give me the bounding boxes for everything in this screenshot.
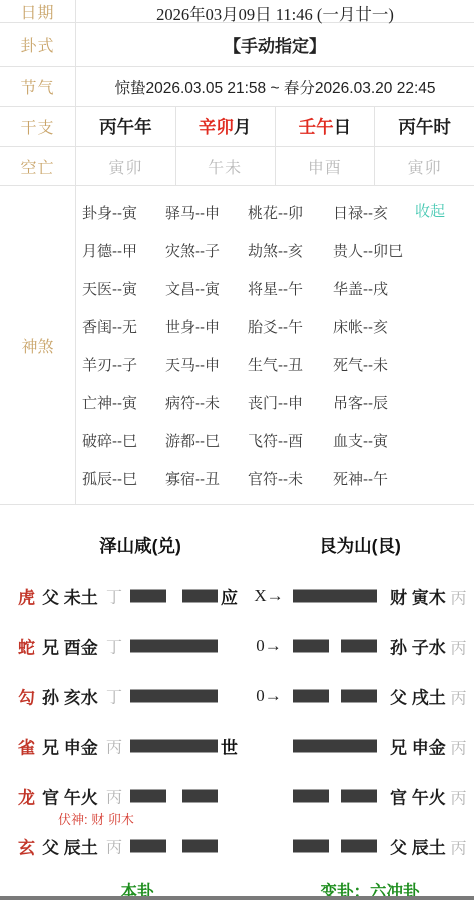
shensha-item: 胎爻--午 bbox=[248, 316, 333, 337]
ganzhi-pillar: 丙午 bbox=[99, 114, 134, 139]
left-relative-branch: 兄 申金 bbox=[42, 734, 98, 759]
shensha-item: 羊刃--子 bbox=[82, 354, 165, 375]
shensha-item: 天医--寅 bbox=[82, 278, 165, 299]
collapse-link[interactable]: 收起 bbox=[415, 200, 445, 221]
ganzhi-unit: 时 bbox=[433, 114, 451, 139]
shensha-item: 破碎--巳 bbox=[82, 430, 165, 451]
shensha-item: 桃花--卯 bbox=[248, 202, 333, 223]
right-relative-branch: 孙 子水 丙 bbox=[390, 634, 466, 659]
date-row: 日期 2026年03月09日 11:46 (一月廿一) bbox=[0, 0, 474, 23]
shensha-item: 寡宿--丑 bbox=[165, 468, 248, 489]
ganzhi-cell: 辛卯月 bbox=[176, 107, 276, 146]
ganzhi-unit: 日 bbox=[334, 114, 352, 139]
line-segment bbox=[341, 790, 377, 803]
right-relative-branch: 官 午火 丙 bbox=[390, 784, 466, 809]
shensha-row: 孤辰--巳寡宿--丑官符--未死神--午 bbox=[76, 459, 474, 497]
kongwang-cells: 寅卯午未申酉寅卯 bbox=[76, 147, 474, 185]
ganzhi-pillar: 壬午 bbox=[299, 114, 334, 139]
left-relative-branch: 兄 酉金 bbox=[42, 634, 98, 659]
right-hexagram-line-yin bbox=[293, 790, 377, 803]
left-stem-label: 丁 bbox=[106, 585, 122, 608]
shensha-item: 生气--丑 bbox=[248, 354, 333, 375]
shensha-item: 丧门--申 bbox=[248, 392, 333, 413]
ganzhi-unit: 年 bbox=[134, 114, 152, 139]
shensha-item: 飞符--酉 bbox=[248, 430, 333, 451]
left-stem-label: 丙 bbox=[106, 735, 122, 758]
six-beast-label: 雀 bbox=[18, 734, 35, 759]
right-stem-label: 丙 bbox=[450, 841, 466, 858]
kongwang-row: 空亡 寅卯午未申酉寅卯 bbox=[0, 147, 474, 186]
ganzhi-cell: 丙午时 bbox=[375, 107, 474, 146]
line-segment bbox=[293, 640, 329, 653]
left-relative-branch: 父 未土 bbox=[42, 584, 98, 609]
yao-row: 蛇兄 酉金丁0→孙 子水 丙 bbox=[0, 621, 474, 671]
right-stem-label: 丙 bbox=[450, 591, 466, 608]
shensha-row: 羊刃--子天马--申生气--丑死气--未 bbox=[76, 345, 474, 383]
left-stem-label: 丁 bbox=[106, 685, 122, 708]
shensha-item: 死气--未 bbox=[333, 354, 474, 375]
shensha-item: 华盖--戌 bbox=[333, 278, 474, 299]
six-beast-label: 龙 bbox=[18, 784, 35, 809]
left-hexagram-line-yin bbox=[130, 840, 218, 853]
solar-term-row: 节气 惊蛰2026.03.05 21:58 ~ 春分2026.03.20 22:… bbox=[0, 67, 474, 107]
yao-row: 勾孙 亥水丁0→父 戌土 丙 bbox=[0, 671, 474, 721]
left-hexagram-line-yang bbox=[130, 740, 218, 753]
shensha-item: 床帐--亥 bbox=[333, 316, 474, 337]
changed-hexagram-title: 艮为山(艮) bbox=[260, 533, 460, 558]
yao-row: 龙官 午火丙官 午火 丙伏神: 财 卯木 bbox=[0, 771, 474, 821]
ganzhi-cell: 丙午年 bbox=[76, 107, 176, 146]
shensha-row: 破碎--巳游都--巳飞符--酉血支--寅 bbox=[76, 421, 474, 459]
right-hexagram-line-yin bbox=[293, 640, 377, 653]
right-stem-label: 丙 bbox=[450, 791, 466, 808]
six-beast-label: 虎 bbox=[18, 584, 35, 609]
date-label: 日期 bbox=[0, 0, 76, 22]
yao-row: 雀兄 申金丙世兄 申金 丙 bbox=[0, 721, 474, 771]
kongwang-cell: 寅卯 bbox=[76, 147, 176, 185]
left-relative-branch: 父 辰土 bbox=[42, 834, 98, 859]
shensha-item: 病符--未 bbox=[165, 392, 248, 413]
shensha-section: 神煞 卦身--寅驿马--申桃花--卯日禄--亥月德--甲灾煞--子劫煞--亥贵人… bbox=[0, 186, 474, 505]
kongwang-label: 空亡 bbox=[0, 147, 76, 185]
gua-style-value[interactable]: 【手动指定】 bbox=[76, 23, 474, 66]
line-segment bbox=[293, 790, 329, 803]
line-segment bbox=[130, 790, 166, 803]
shensha-label: 神煞 bbox=[0, 186, 76, 504]
gua-style-row: 卦式 【手动指定】 bbox=[0, 23, 474, 67]
shensha-item: 卦身--寅 bbox=[82, 202, 165, 223]
solar-term-value: 惊蛰2026.03.05 21:58 ~ 春分2026.03.20 22:45 bbox=[76, 67, 474, 106]
liuyao-app-screen: 日期 2026年03月09日 11:46 (一月廿一) 卦式 【手动指定】 节气… bbox=[0, 0, 474, 900]
ganzhi-cell: 壬午日 bbox=[276, 107, 376, 146]
right-stem-label: 丙 bbox=[450, 741, 466, 758]
shensha-item: 天马--申 bbox=[165, 354, 248, 375]
shi-ying-marker: 应 bbox=[221, 584, 238, 609]
line-segment bbox=[130, 590, 166, 603]
left-stem-label: 丙 bbox=[106, 835, 122, 858]
left-relative-branch: 官 午火 bbox=[42, 784, 98, 809]
left-hexagram-line-yin bbox=[130, 590, 218, 603]
line-segment bbox=[182, 790, 218, 803]
shensha-row: 天医--寅文昌--寅将星--午华盖--戌 bbox=[76, 269, 474, 307]
shensha-item: 月德--甲 bbox=[82, 240, 165, 261]
shensha-row: 亡神--寅病符--未丧门--申吊客--辰 bbox=[76, 383, 474, 421]
shensha-item: 灾煞--子 bbox=[165, 240, 248, 261]
right-hexagram-line-yin bbox=[293, 690, 377, 703]
shensha-item: 吊客--辰 bbox=[333, 392, 474, 413]
left-relative-branch: 孙 亥水 bbox=[42, 684, 98, 709]
shensha-item: 孤辰--巳 bbox=[82, 468, 165, 489]
right-hexagram-line-yang bbox=[293, 740, 377, 753]
moving-line-indicator: X→ bbox=[246, 586, 292, 606]
right-stem-label: 丙 bbox=[450, 691, 466, 708]
right-stem-label: 丙 bbox=[450, 641, 466, 658]
line-segment bbox=[341, 840, 377, 853]
six-beast-label: 蛇 bbox=[18, 634, 35, 659]
line-segment bbox=[293, 690, 329, 703]
six-beast-label: 玄 bbox=[18, 834, 35, 859]
shensha-item: 香闺--无 bbox=[82, 316, 165, 337]
ganzhi-row: 干支 丙午年辛卯月壬午日丙午时 bbox=[0, 107, 474, 147]
shi-ying-marker: 世 bbox=[221, 734, 238, 759]
line-segment bbox=[341, 690, 377, 703]
line-segment bbox=[130, 840, 166, 853]
yao-row: 虎父 未土丁应X→财 寅木 丙 bbox=[0, 571, 474, 621]
moving-line-indicator: 0→ bbox=[246, 686, 292, 706]
shensha-row: 月德--甲灾煞--子劫煞--亥贵人--卯巳 bbox=[76, 231, 474, 269]
kongwang-cell: 申酉 bbox=[276, 147, 376, 185]
shensha-item: 死神--午 bbox=[333, 468, 474, 489]
shensha-item: 亡神--寅 bbox=[82, 392, 165, 413]
right-hexagram-line-yin bbox=[293, 840, 377, 853]
ganzhi-label: 干支 bbox=[0, 107, 76, 146]
shensha-item: 官符--未 bbox=[248, 468, 333, 489]
shensha-item: 贵人--卯巳 bbox=[333, 240, 474, 261]
bottom-divider bbox=[0, 896, 474, 900]
right-relative-branch: 财 寅木 丙 bbox=[390, 584, 466, 609]
shensha-item: 游都--巳 bbox=[165, 430, 248, 451]
shensha-item: 文昌--寅 bbox=[165, 278, 248, 299]
six-beast-label: 勾 bbox=[18, 684, 35, 709]
shensha-row: 香闺--无世身--申胎爻--午床帐--亥 bbox=[76, 307, 474, 345]
left-stem-label: 丙 bbox=[106, 785, 122, 808]
shensha-item: 世身--申 bbox=[165, 316, 248, 337]
line-segment bbox=[341, 640, 377, 653]
moving-line-indicator: 0→ bbox=[246, 636, 292, 656]
solar-term-label: 节气 bbox=[0, 67, 76, 106]
left-hexagram-line-yang bbox=[130, 640, 218, 653]
shensha-item: 驿马--申 bbox=[165, 202, 248, 223]
shensha-grid: 卦身--寅驿马--申桃花--卯日禄--亥月德--甲灾煞--子劫煞--亥贵人--卯… bbox=[76, 193, 474, 497]
line-segment bbox=[182, 840, 218, 853]
left-hexagram-line-yang bbox=[130, 690, 218, 703]
shensha-item: 血支--寅 bbox=[333, 430, 474, 451]
right-relative-branch: 父 辰土 丙 bbox=[390, 834, 466, 859]
shensha-item: 将星--午 bbox=[248, 278, 333, 299]
ganzhi-pillar: 丙午 bbox=[398, 114, 433, 139]
line-segment bbox=[293, 840, 329, 853]
right-relative-branch: 兄 申金 丙 bbox=[390, 734, 466, 759]
ganzhi-cells: 丙午年辛卯月壬午日丙午时 bbox=[76, 107, 474, 146]
kongwang-cell: 午未 bbox=[176, 147, 276, 185]
shensha-item: 日禄--亥 bbox=[333, 202, 474, 223]
ganzhi-pillar: 辛卯 bbox=[199, 114, 234, 139]
right-hexagram-line-yang bbox=[293, 590, 377, 603]
date-value: 2026年03月09日 11:46 (一月廿一) bbox=[76, 0, 474, 22]
right-relative-branch: 父 戌土 丙 bbox=[390, 684, 466, 709]
yao-row: 玄父 辰土丙父 辰土 丙 bbox=[0, 821, 474, 871]
shensha-item: 劫煞--亥 bbox=[248, 240, 333, 261]
ganzhi-unit: 月 bbox=[234, 114, 252, 139]
left-hexagram-line-yin bbox=[130, 790, 218, 803]
left-stem-label: 丁 bbox=[106, 635, 122, 658]
main-hexagram-title: 泽山咸(兑) bbox=[40, 533, 240, 558]
kongwang-cell: 寅卯 bbox=[375, 147, 474, 185]
gua-style-label: 卦式 bbox=[0, 23, 76, 66]
line-segment bbox=[182, 590, 218, 603]
